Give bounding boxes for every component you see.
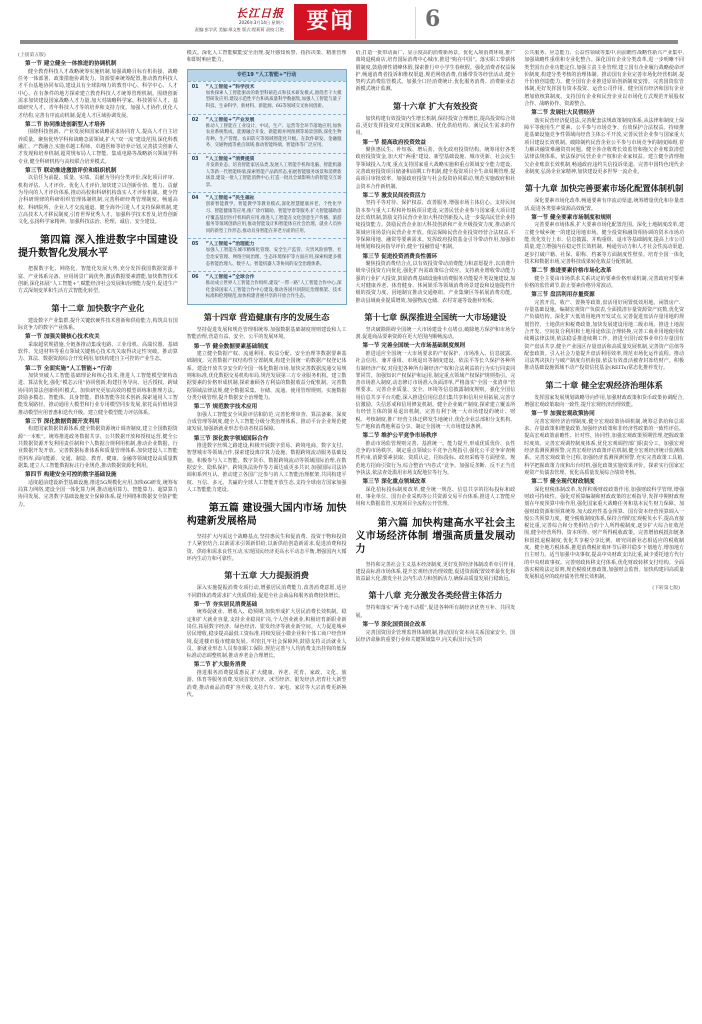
section-tag: 要闻 bbox=[294, 4, 367, 40]
paragraph: 完善国资国企管理监督体制机制,推动国有资本向关系国家安全、国民经济命脉的重要行业… bbox=[356, 630, 516, 645]
paragraph: 把握数字化、网络化、智能化发展大势,充分发挥我国数据资源丰富、产业体系完备、应用… bbox=[18, 266, 178, 295]
item-heading: “人工智能+”消费提质 bbox=[206, 157, 255, 162]
continued-from-note: (上接第五版) bbox=[18, 52, 178, 59]
masthead: 长江日报 2026年3月14日 星期六 责编:彭学武 美编:邢文胜 版式:程莉莉… bbox=[0, 0, 702, 44]
paragraph: 健全主要由市场供求关系决定的要素价格形成机制,完善政府对要素价格的监管调节,防止… bbox=[524, 276, 684, 291]
paragraph: 完善要素市场体系,扩大要素市场化配置范围。深化土地制度改革,建立健全城乡统一的建… bbox=[524, 222, 684, 266]
paragraph: 推进数字丝绸之路建设,积极开展数字贸易、跨境电商、数字支付、智慧城市等领域合作,… bbox=[187, 443, 347, 494]
paragraph: 公共服务、应急能力、公益性领域等集中,向前瞻性战略性新兴产业集中,加强战略性重组… bbox=[524, 50, 684, 108]
item-body: 推动成立世界人工智能合作组织,建设“一带一路”人工智能合作中心,深化金砖国家人工… bbox=[192, 281, 342, 301]
paragraph: 加快构建有效投资内生增长机制,保持投资合理增长,提高投资综合效益,更好发挥投资对… bbox=[356, 116, 516, 138]
paragraph: 采取超常规措施,全链条推动集成电路、工业母机、高端仪器、基础软件、先进材料等重点… bbox=[18, 342, 178, 364]
section-heading: 第三节 深化数字领域国际合作 bbox=[194, 435, 347, 443]
paragraph: 完善开荒、收产、置换等政策,盘活用好闲置低效用地、闲置房产、存量基础设施。编制宏… bbox=[524, 300, 684, 373]
paragraph: 坚持和完善社会主义基本经济制度,更好发挥经济体制改革牵引作用,建设高标准市场体系… bbox=[356, 562, 516, 584]
section-heading: 第一节 健全要素市场制度和规则 bbox=[531, 214, 684, 222]
paragraph: 深入实施提振消费专项行动,增强居民消费能力,改善消费意愿,适应不同群体消费需求扩… bbox=[187, 585, 347, 600]
section-heading: 第二节 规范数字技术应用 bbox=[194, 403, 347, 411]
paragraph: 建立健全数据产权、流通利用、收益分配、安全治理等数据要素基础制度。完善数据产权结… bbox=[187, 351, 347, 402]
paragraph: 以信任为前提、质量、实绩、贡献为导向分类评价,深化项目评审、机构评估、人才评价。… bbox=[18, 175, 178, 226]
column-1: (上接第五版) 第一节 建立健全一体推进的协调机制 健全教育科技人才战略统筹实施… bbox=[18, 50, 178, 1016]
item-number: 04 bbox=[192, 195, 206, 202]
item-heading: “人工智能+”全球合作 bbox=[206, 275, 255, 280]
paragraph: 模式。深化人工智能赋能安全治理,提升感知预警、指挥决策、精准管理和即时响应能力。 bbox=[187, 50, 347, 65]
section-heading: 第二节 协同推进创新型人才培养 bbox=[25, 121, 178, 129]
section-heading: 第一节 加强关键核心技术攻关 bbox=[25, 333, 178, 341]
paragraph: 建设数字产业集群,提升关键软硬件技术创新和供给能力,构筑具有国际竞争力的数字产业… bbox=[18, 318, 178, 333]
paragraph: 给,打造一批带动面广、显示度高的消费新场景。优化入境消费环境,推广离境退税商店,… bbox=[356, 50, 516, 94]
section-heading: 第二节 全面实施“人工智能+”行动 bbox=[25, 365, 178, 373]
paragraph: 坚持和落实“两个毫不动摇”,促进各种所有制经济优势互补、共同发展。 bbox=[356, 605, 516, 620]
paragraph: 坚持平等对待、保护权益、改善服务,增强市场主体信心。支持民间资本参与重大工程和补… bbox=[356, 200, 516, 251]
paragraph: 加快突破人工智能基础理论和核心技术,推进人工智能模型架构改进、算法优化,强化“模… bbox=[18, 373, 178, 417]
part-heading: 第六篇 加快构建高水平社会主义市场经济体制 增强高质量发展动力 bbox=[356, 517, 516, 556]
publication-date: 2026年3月14日 星期六 bbox=[150, 20, 284, 26]
section-heading: 第一节 建立健全一体推进的协调机制 bbox=[25, 60, 178, 68]
chapter-heading: 第十六章 扩大有效投资 bbox=[356, 101, 516, 112]
header-rule bbox=[20, 40, 678, 44]
chapter-heading: 第十四章 营造健康有序的发展生态 bbox=[187, 312, 347, 323]
paragraph: 坚决破除阻碍全国统一大市场建设卡点堵点,破除地方保护和市场分割,促进商品要素资源… bbox=[356, 327, 516, 342]
section-heading: 第二节 健全现代财政制度 bbox=[531, 478, 684, 486]
chapter-heading: 第十二章 加快数字产业化 bbox=[18, 303, 178, 314]
paragraph: 深化要素市场化改革,畅通要素有序流动渠道,统筹增量优化和存量盘活,促进各类要素资… bbox=[524, 198, 684, 213]
section-heading: 第三节 深化重点领域改革 bbox=[363, 478, 516, 486]
newspaper-logo: 长江日报 bbox=[232, 5, 284, 21]
paragraph: 深化财税体制改革,发挥积极财政政策作用,加强财政科学管理,增强财政可持续性。强化… bbox=[524, 487, 684, 582]
chapter-heading: 第十七章 纵深推进全国统一大市场建设 bbox=[356, 312, 516, 323]
box-item: 04“人工智能+”民生福祉 创新智能教学、智能教学等教育模式,深化智慧健康养老、… bbox=[188, 192, 346, 238]
section-heading: 第三节 联动推进激励评价和组织机制 bbox=[25, 167, 178, 175]
continued-on-note: (下转第七版) bbox=[524, 585, 684, 592]
chapter-heading: 第十八章 充分激发各类经营主体活力 bbox=[356, 590, 516, 601]
box-item: 05“人工智能+”治理能力 加强人工智能在城市精细化管理、安全生产监管、灾害风险… bbox=[188, 238, 346, 271]
paragraph: 完善宏观经济治理制度,健全宏观政策协调机制,统筹总供给和总需求、存量政策和增量政… bbox=[524, 419, 684, 477]
paragraph: 推进服务消费提质惠民,扩大健康、养老、托育、家政、文化、旅游、体育等服务消费,发… bbox=[187, 670, 347, 699]
paragraph: 落实民营经济促进法,完善配套法规政策制度体系,从法律和制度上保障平等使用生产要素… bbox=[524, 118, 684, 176]
paragraph: 健全教育科技人才战略统筹实施机制,加强战略目标有机衔接、战略任务一体部署、政策措… bbox=[18, 69, 178, 120]
editor-credits: 责编:彭学武 美编:邢文胜 版式:程莉莉 责校:江艳 bbox=[100, 27, 284, 33]
paragraph: 统筹促就业、增收入、稳预期,加快形成扩大居民消费长效机制。稳定和扩大就业容量,支… bbox=[187, 609, 347, 660]
column-2: 模式。深化人工智能赋能安全治理,提升感知预警、指挥决策、精准管理和即时响应能力。… bbox=[187, 50, 347, 1016]
chapter-heading: 第二十章 健全宏观经济治理体系 bbox=[524, 380, 684, 391]
section-heading: 第一节 深化国资国企改革 bbox=[363, 621, 516, 629]
section-heading: 第一节 夯实居民消费基础 bbox=[194, 601, 347, 609]
section-heading: 第三节 盘活利用存量资源 bbox=[531, 291, 684, 299]
item-body: 创新智能教学、智能教学等教育模式,深化智慧健康养老、个性化学习、智能健康等应用,… bbox=[192, 202, 342, 235]
paragraph: 适度超前建设新型基础设施,推进5G规模化应用,加快6G研发,统筹布局算力网络,建… bbox=[18, 480, 178, 509]
paragraph: 推动市场监管规则完善、基准统一、能力提升,形成优质优价、良性竞争的市场秩序。制定… bbox=[356, 441, 516, 477]
box-title: 专栏19 “人工智能+”行动 bbox=[188, 70, 346, 81]
paragraph: 深化招标投标制度改革,健全统一规范、信息共享的招标投标和政府、事业单位、国有企业… bbox=[356, 487, 516, 509]
paragraph: 聚焦惠民生、补短板、增后劲、优化政府投资结构。统筹用好各类政府投资资金,加大对“… bbox=[356, 147, 516, 191]
column-3: 给,打造一批带动面广、显示度高的消费新场景。优化入境消费环境,推广离境退税商店,… bbox=[356, 50, 516, 1016]
paragraph: 推进适应全国统一大市场要求的产权保护、市场准入、信息披露、社会信用、兼并重组、市… bbox=[356, 351, 516, 431]
part-heading: 第四篇 深入推进数字中国建设 提升数智化发展水平 bbox=[18, 234, 178, 260]
feature-box-ai-plus: 专栏19 “人工智能+”行动 01“人工智能+”科学技术 加快探索人工智能驱动的… bbox=[187, 69, 347, 305]
item-body: 加快探索人工智能驱动的新型科研范式和技术研发模式,围绕若干大模型研发应用,建设示… bbox=[192, 91, 342, 111]
item-heading: “人工智能+”科学技术 bbox=[206, 85, 255, 90]
page-number: 6 bbox=[425, 6, 440, 32]
paragraph: 构建国家数据资源体系,健全数据资源统计调查制度,建立全国数据资源“一本账”。统筹… bbox=[18, 426, 178, 470]
box-item: 03“人工智能+”消费提质 开发新业态、培育智能家居品类,发展人工智能手机和电脑… bbox=[188, 153, 346, 192]
item-number: 05 bbox=[192, 241, 206, 248]
section-heading: 第二节 激发民间投资活力 bbox=[363, 192, 516, 200]
chapter-heading: 第十五章 大力提振消费 bbox=[187, 570, 347, 581]
item-body: 推动人工智能在工业设计、中试、生产、运营等全环节落地应用,加快农业系统集成、能源… bbox=[192, 124, 342, 150]
section-heading: 第一节 完善全国统一大市场基础制度规则 bbox=[363, 342, 516, 350]
part-heading: 第五篇 建设强大国内市场 加快构建新发展格局 bbox=[187, 502, 347, 528]
paragraph: 围绕科技创新、产业发展和国家战略需求协同育人,提高人才自主培养质量。聚焦优势学科… bbox=[18, 129, 178, 165]
item-heading: “人工智能+”治理能力 bbox=[206, 242, 255, 247]
section-heading: 第三节 促进投资消费良性循环 bbox=[363, 253, 516, 261]
section-heading: 第三节 深化数据资源开发利用 bbox=[25, 418, 178, 426]
item-body: 加强人工智能在城市精细化管理、安全生产监管、灾害风险预警、社会治安管理、网络空间… bbox=[192, 248, 342, 268]
section-heading: 第一节 健全数据要素基础制度 bbox=[194, 343, 347, 351]
divider bbox=[415, 7, 416, 39]
box-item: 01“人工智能+”科学技术 加快探索人工智能驱动的新型科研范式和技术研发模式,围… bbox=[188, 81, 346, 114]
section-heading: 第二节 维护公平竞争市场秩序 bbox=[363, 432, 516, 440]
item-heading: “人工智能+”产业发展 bbox=[206, 118, 255, 123]
paragraph: 加强人工智能安全风险评估和防范,完善伦理审查、算法备案、深度合成管理等制度,健全… bbox=[187, 412, 347, 434]
box-item: 02“人工智能+”产业发展 推动人工智能在工业设计、中试、生产、运营等全环节落地… bbox=[188, 114, 346, 153]
section-heading: 第四节 构建安全可控的数字基础设施 bbox=[25, 471, 178, 479]
section-heading: 第二节 发展壮大民营经济 bbox=[531, 109, 684, 117]
article-columns: (上接第五版) 第一节 建立健全一体推进的协调机制 健全教育科技人才战略统筹实施… bbox=[18, 50, 684, 1016]
item-number: 06 bbox=[192, 274, 206, 281]
paragraph: 坚持扩大内需这个战略基点,坚持惠民生和促消费、投资于物和投资于人紧密结合,以新需… bbox=[187, 534, 347, 563]
paragraph: 发挥国家发展规划战略导向作用,加强财政政策和货币政策协调配合,增强宏观政策取向一… bbox=[524, 395, 684, 410]
column-4: 公共服务、应急能力、公益性领域等集中,向前瞻性战略性新兴产业集中,加强战略性重组… bbox=[524, 50, 684, 1016]
item-number: 03 bbox=[192, 156, 206, 163]
chapter-heading: 第十九章 加快完善要素市场化配置体制机制 bbox=[524, 183, 684, 194]
item-heading: “人工智能+”民生福祉 bbox=[206, 196, 255, 201]
section-heading: 第一节 加强宏观政策协同 bbox=[531, 410, 684, 418]
item-body: 开发新业态、培育智能家居品类,发展人工智能手机和电脑、智能机器人等新一代智能终端… bbox=[192, 163, 342, 189]
section-heading: 第一节 提高政府投资效益 bbox=[363, 139, 516, 147]
paragraph: 坚持促进发展和规范管理相统筹,加强数据基础制度规则建设和人工智能治理,营造有益、… bbox=[187, 327, 347, 342]
item-number: 01 bbox=[192, 84, 206, 91]
section-heading: 第二节 推进要素价格市场化改革 bbox=[531, 267, 684, 275]
paragraph: 聚焦投资消费结合点,以有效投资带动消费能力和意愿提升,以消费升级牵引投资方向优化… bbox=[356, 261, 516, 305]
item-number: 02 bbox=[192, 117, 206, 124]
box-item: 06“人工智能+”全球合作 推动成立世界人工智能合作组织,建设“一带一路”人工智… bbox=[188, 271, 346, 304]
section-heading: 第二节 扩大服务消费 bbox=[194, 661, 347, 669]
